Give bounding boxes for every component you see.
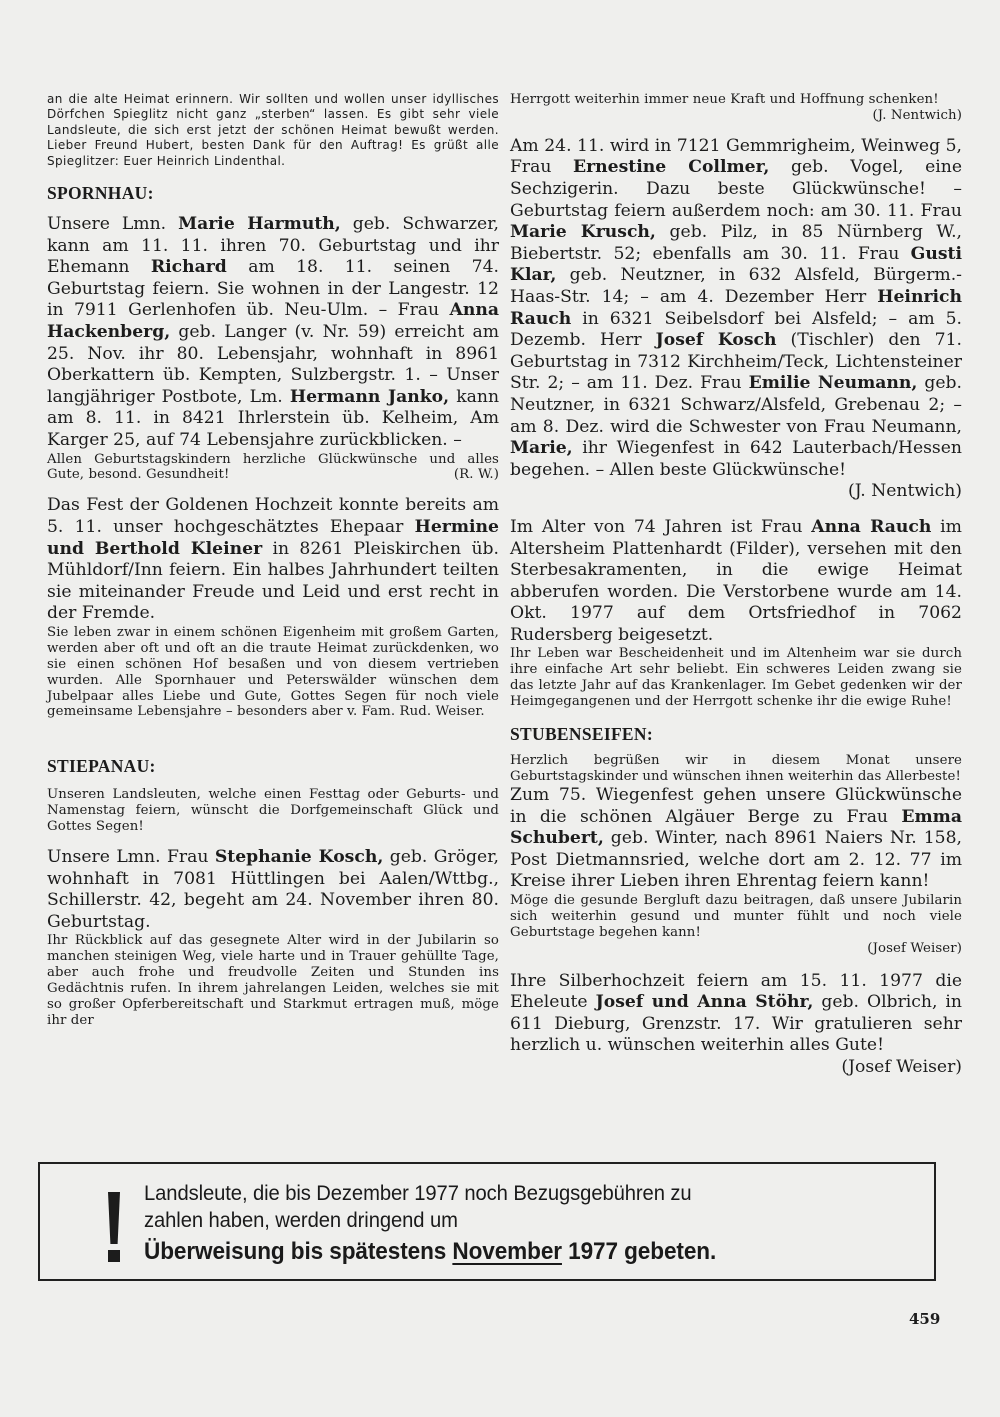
section-heading-spornhau: SPORNHAU: (47, 183, 499, 204)
birthdays-list: Am 24. 11. wird in 7121 Gemmrigheim, Wei… (510, 136, 962, 482)
stubenseifen-wishes: Möge die gesunde Bergluft dazu beitragen… (510, 893, 962, 941)
stiepanau-greeting: Unseren Landsleuten, welche einen Festta… (47, 787, 499, 835)
signature: (J. Nentwich) (510, 108, 962, 124)
obituary: Im Alter von 74 Jahren ist Frau Anna Rau… (510, 517, 962, 647)
spornhau-birthdays: Unsere Lmn. Marie Harmuth, geb. Schwarze… (47, 214, 499, 452)
continuation-text: Herrgott weiterhin immer neue Kraft und … (510, 92, 962, 108)
newsletter-page: an die alte Heimat erinnern. Wir sollten… (0, 0, 1000, 1417)
obituary-detail: Ihr Leben war Bescheidenheit und im Alte… (510, 646, 962, 710)
intro-paragraph: an die alte Heimat erinnern. Wir sollten… (47, 92, 499, 169)
silver-wedding: Ihre Silberhochzeit feiern am 15. 11. 19… (510, 971, 962, 1057)
signature: (Josef Weiser) (510, 1057, 962, 1079)
stubenseifen-greeting: Herzlich begrüßen wir in diesem Monat un… (510, 753, 962, 785)
signature: (R. W.) (454, 467, 499, 483)
signature: (J. Nentwich) (510, 481, 962, 503)
golden-wedding: Das Fest der Goldenen Hochzeit konnte be… (47, 495, 499, 625)
payment-notice-box: Landsleute, die bis Dezember 1977 noch B… (38, 1162, 936, 1281)
right-column: Herrgott weiterhin immer neue Kraft und … (510, 92, 962, 1078)
notice-line-1: Landsleute, die bis Dezember 1977 noch B… (144, 1180, 877, 1207)
stiepanau-detail: Ihr Rückblick auf das gesegnete Alter wi… (47, 933, 499, 1028)
stubenseifen-birthday: Zum 75. Wiegenfest gehen unsere Glückwün… (510, 785, 962, 893)
page-number: 459 (909, 1310, 940, 1328)
signature: (Josef Weiser) (510, 941, 962, 957)
section-heading-stubenseifen: STUBENSEIFEN: (510, 724, 962, 745)
notice-line-2: zahlen haben, werden dringend um (144, 1207, 877, 1234)
stiepanau-birthday: Unsere Lmn. Frau Stephanie Kosch, geb. G… (47, 847, 499, 933)
golden-wedding-detail: Sie leben zwar in einem schönen Eigenhei… (47, 625, 499, 720)
spornhau-wishes: Allen Geburtstagskindern herzliche Glück… (47, 452, 499, 484)
section-heading-stiepanau: STIEPANAU: (47, 756, 499, 777)
exclamation-icon (108, 1192, 120, 1264)
left-column: an die alte Heimat erinnern. Wir sollten… (47, 92, 499, 1029)
notice-line-3: Überweisung bis spätestens November 1977… (144, 1236, 877, 1268)
